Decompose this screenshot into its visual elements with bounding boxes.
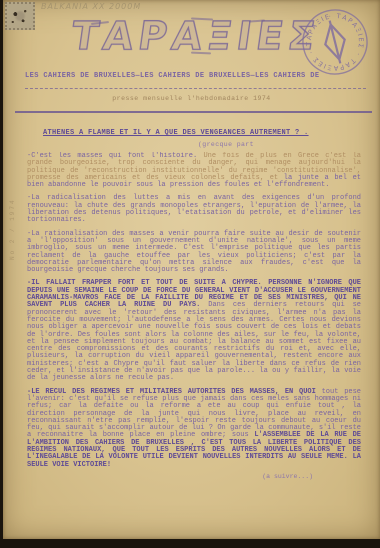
paragraph-segment: -La rationalisation des masses a venir p… <box>27 230 361 274</box>
document-paper: BALKANIA XX 2000M No 2 / 1974 ΤΑΡΑΞΙΕΣ ·… <box>3 0 380 539</box>
body-paragraph: -IL FALLAIT FRAPPER FORT ET TOUT DE SUIT… <box>27 280 361 382</box>
margin-note: No 2 / 1974 <box>9 198 16 260</box>
body-paragraph: -La rationalisation des masses a venir p… <box>27 231 361 275</box>
subtitle-line: presse mensuelle l'hebdomadaire 1974 <box>3 95 380 102</box>
banner-line: LES CAHIERS DE BRUXELLES—LES CAHIERS DE … <box>25 72 361 80</box>
pencil-annotation: BALKANIA XX 2000M <box>41 2 141 11</box>
article-subheadline: (grecque part <box>198 141 254 148</box>
body-paragraphs: -C'est les masses qui font l'histoire. U… <box>27 153 361 480</box>
paragraph-segment: -La radicalisation des luttes a mis en a… <box>27 194 361 224</box>
article-headline: ATHENES A FLAMBE ET IL Y A QUE DES VENGE… <box>43 129 343 137</box>
stamp-monogram <box>320 18 350 66</box>
divider-rule-thin <box>25 88 366 89</box>
scanned-bulletin-page: { "colors":{"background":"#1a140d","pape… <box>0 0 380 548</box>
body-paragraph: -LE RECUL DES REGIMES ET MILITAIRES AUTO… <box>27 389 361 469</box>
paragraph-segment: Dans ces derniers retours qui se prononc… <box>27 301 361 382</box>
body-paragraph: -La radicalisation des luttes a mis en a… <box>27 195 361 224</box>
divider-rule-thick <box>15 111 372 113</box>
signature-line: (a suivre...) <box>27 473 361 480</box>
body-paragraph: -C'est les masses qui font l'histoire. U… <box>27 153 361 189</box>
postage-stamp <box>5 2 35 30</box>
